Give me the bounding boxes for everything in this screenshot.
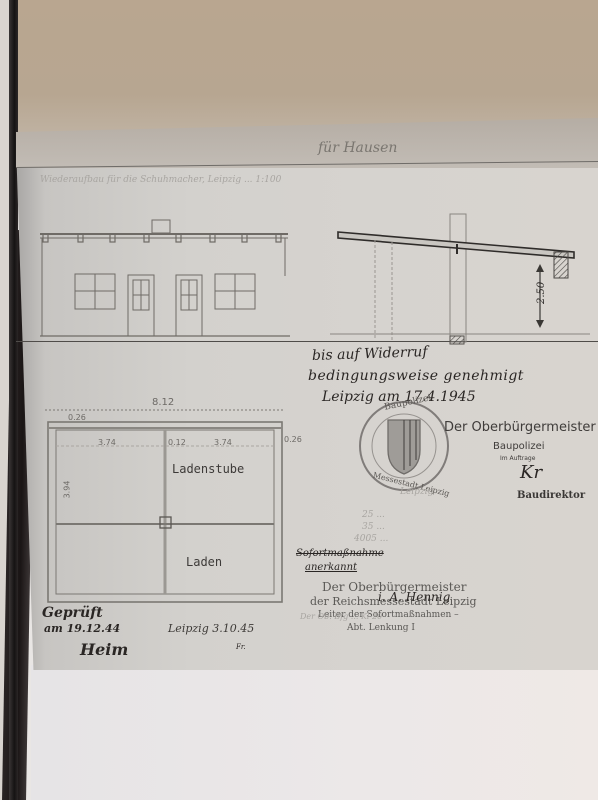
stamp-ob-signature: Kr	[520, 462, 542, 483]
floor-plan-drawing	[40, 398, 290, 603]
stamp-rm-signature: i. A. Hennig	[378, 590, 450, 604]
initials-note: Fr.	[236, 643, 246, 651]
background-wall	[14, 0, 598, 135]
stamp-rm-line4: Abt. Lenkung I	[347, 623, 415, 633]
room-label-laden: Laden	[186, 555, 222, 569]
faded-registry-line2: 25 ...	[362, 510, 385, 520]
drawing-subtitle: Wiederaufbau für die Schuhmacher, Leipzi…	[40, 175, 281, 185]
plan-dim-room-right: 3.74	[214, 438, 232, 447]
faded-registry-line4: 4005 ...	[354, 534, 388, 544]
heim-signature: Heim	[80, 640, 128, 659]
leipzig-date-note: Leipzig 3.10.45	[168, 622, 254, 635]
faded-registry-line3: 35 ...	[362, 522, 385, 532]
stamp-ob-line3: Im Auftrage	[500, 455, 535, 462]
geprueft-note: Geprüft	[42, 605, 103, 621]
plan-dim-wall-left: 0.26	[68, 413, 86, 422]
plan-dim-wall-right: 0.26	[284, 435, 302, 444]
plan-dim-side-depth: 3.94	[62, 481, 71, 499]
height-dimension: 2.50	[536, 281, 547, 305]
geprueft-date: am 19.12.44	[44, 622, 120, 635]
plan-overall-width: 8.12	[152, 397, 174, 408]
stamp-ob-line4: Baudirektor	[517, 490, 585, 501]
room-label-ladenstube: Ladenstube	[172, 462, 244, 476]
header-title: für Hausen	[318, 140, 397, 156]
binder-spine	[9, 0, 18, 800]
plan-dim-middle: 0.12	[168, 438, 186, 447]
faded-registry-line1: Leipzig	[400, 487, 433, 497]
front-elevation-drawing	[40, 218, 290, 340]
approval-note-line2: bedingungsweise genehmigt	[308, 368, 524, 384]
plan-dim-room-left: 3.74	[98, 438, 116, 447]
lower-blank-page	[31, 665, 598, 800]
sofort-note-line2: anerkannt	[305, 562, 357, 573]
sofort-note-line1: Sofortmaßnahme	[296, 548, 384, 559]
side-section-drawing: 2.50	[330, 212, 590, 344]
stamp-ob-line2: Baupolizei	[493, 441, 545, 452]
stamp-ob-line1: Der Oberbürgermeister	[444, 420, 596, 435]
faded-right-note: Der Ob. Bfg ... Kl 20	[300, 612, 382, 621]
